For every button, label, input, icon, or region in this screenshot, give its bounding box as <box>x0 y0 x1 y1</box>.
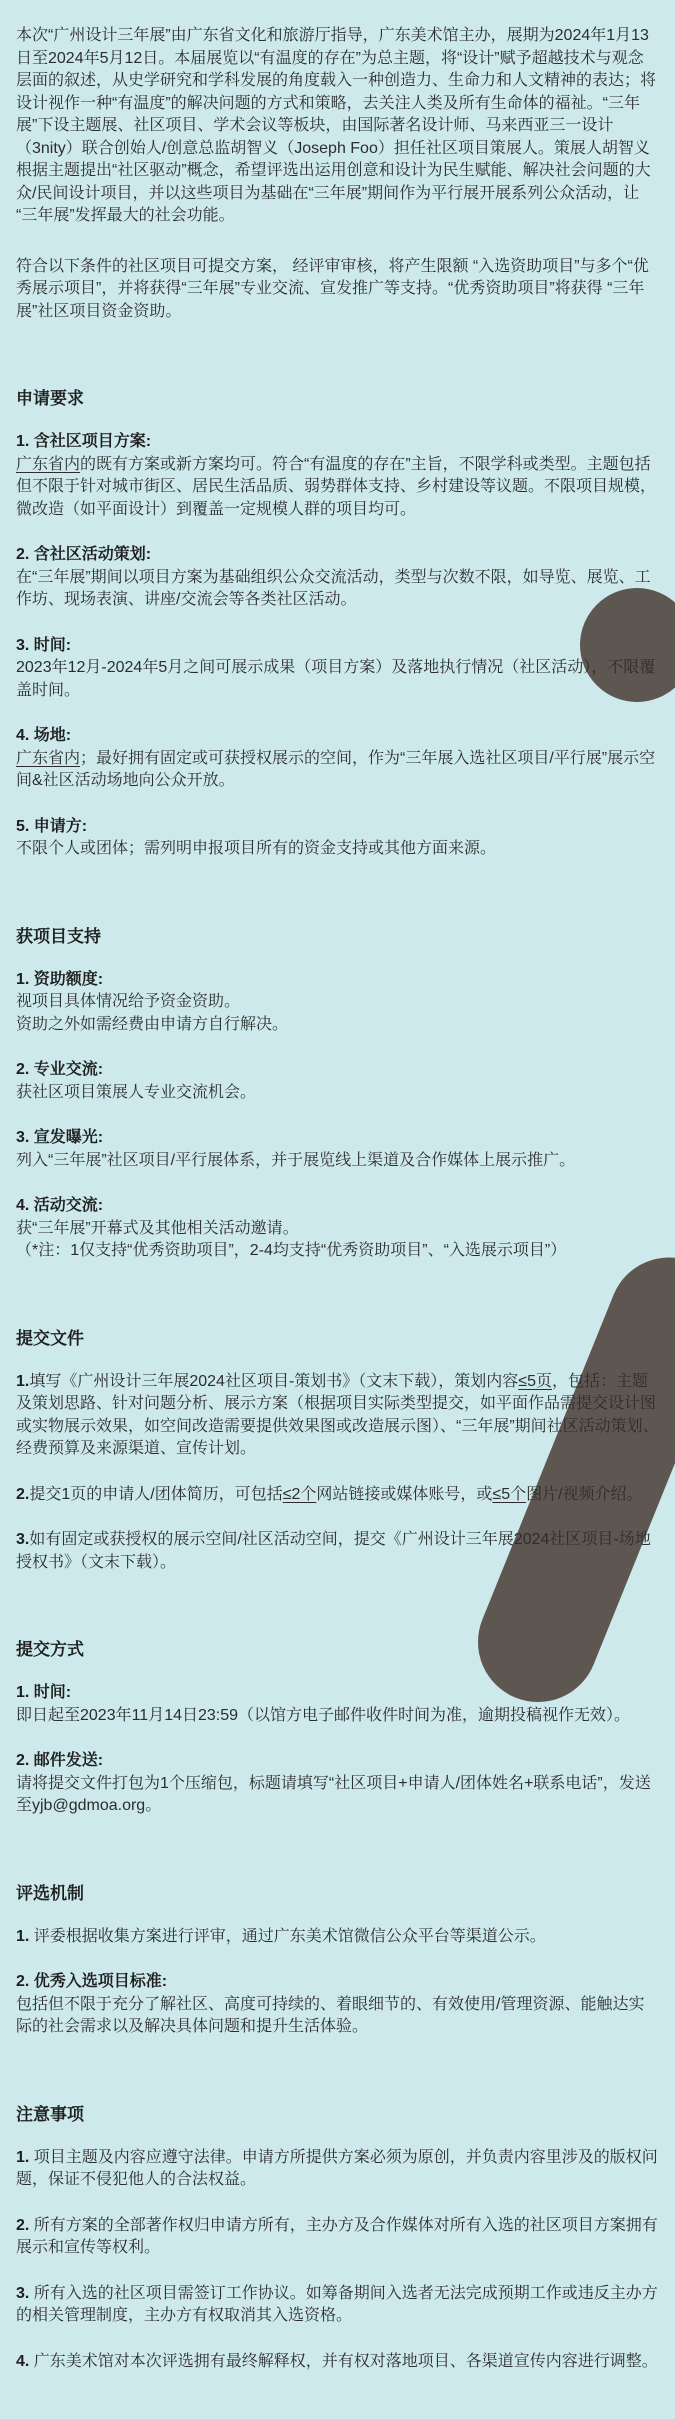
item-number-label: 1. 含社区项目方案: <box>16 431 659 454</box>
item-number-label: 2. <box>16 1486 29 1503</box>
intro-paragraph: 本次“广州设计三年展”由广东省文化和旅游厅指导，广东美术馆主办，展期为2024年… <box>16 25 659 228</box>
item-number-label: 2. 邮件发送: <box>16 1750 659 1773</box>
article-content: 本次“广州设计三年展”由广东省文化和旅游厅指导，广东美术馆主办，展期为2024年… <box>0 0 675 2373</box>
list-item: 1. 时间:即日起至2023年11月14日23:59（以馆方电子邮件收件时间为准… <box>16 1682 659 1727</box>
section-title: 注意事项 <box>16 2103 659 2127</box>
list-item: 3. 所有入选的社区项目需签订工作协议。如筹备期间入选者无法完成预期工作或违反主… <box>16 2283 659 2328</box>
section-selection-mechanism: 评选机制1. 评委根据收集方案进行评审，通过广东美术馆微信公众平台等渠道公示。2… <box>16 1882 659 2039</box>
sections-container: 申请要求1. 含社区项目方案:广东省内的既有方案或新方案均可。符合“有温度的存在… <box>16 387 659 2373</box>
list-item: 2. 含社区活动策划:在“三年展”期间以项目方案为基础组织公众交流活动，类型与次… <box>16 544 659 612</box>
section-notes: 注意事项1. 项目主题及内容应遵守法律。申请方所提供方案必须为原创，并负责内容里… <box>16 2103 659 2374</box>
item-body: 所有入选的社区项目需签订工作协议。如筹备期间入选者无法完成预期工作或违反主办方的… <box>16 2285 658 2325</box>
text-segment: 包括但不限于充分了解社区、高度可持续的、着眼细节的、有效使用/管理资源、能触达实… <box>16 1996 644 2036</box>
page: { "page": { "background": "#cde9ec", "te… <box>0 0 675 2419</box>
list-item: 1. 资助额度:视项目具体情况给予资金资助。 资助之外如需经费由申请方自行解决。 <box>16 969 659 1037</box>
text-segment: 2023年12月-2024年5月之间可展示成果（项目方案）及落地执行情况（社区活… <box>16 659 655 699</box>
section-project-support: 获项目支持1. 资助额度:视项目具体情况给予资金资助。 资助之外如需经费由申请方… <box>16 925 659 1263</box>
text-segment: 广东美术馆对本次评选拥有最终解释权，并有权对落地项目、各渠道宣传内容进行调整。 <box>29 2353 657 2370</box>
list-item: 5. 申请方:不限个人或团体；需列明申报项目所有的资金支持或其他方面来源。 <box>16 816 659 861</box>
item-number-label: 1. <box>16 1928 29 1945</box>
list-item: 4. 场地:广东省内；最好拥有固定或可获授权展示的空间，作为“三年展入选社区项目… <box>16 725 659 793</box>
list-item: 3. 宣发曝光:列入“三年展”社区项目/平行展体系，并于展览线上渠道及合作媒体上… <box>16 1127 659 1172</box>
intro-paragraph: 符合以下条件的社区项目可提交方案， 经评审审核，将产生限额 “入选资助项目”与多… <box>16 256 659 324</box>
item-body: 所有方案的全部著作权归申请方所有，主办方及合作媒体对所有入选的社区项目方案拥有展… <box>16 2217 658 2257</box>
list-item: 4. 广东美术馆对本次评选拥有最终解释权，并有权对落地项目、各渠道宣传内容进行调… <box>16 2351 659 2374</box>
text-segment: 广东省内 <box>16 456 80 473</box>
item-number-label: 1. <box>16 2149 29 2166</box>
item-body: 如有固定或获授权的展示空间/社区活动空间，提交《广州设计三年展2024社区项目-… <box>16 1531 651 1571</box>
list-item: 2.提交1页的申请人/团体简历，可包括≤2个网站链接或媒体账号，或≤5个图片/视… <box>16 1484 659 1507</box>
item-body: 请将提交文件打包为1个压缩包，标题请填写“社区项目+申请人/团体姓名+联系电话”… <box>16 1775 651 1815</box>
item-number-label: 2. 含社区活动策划: <box>16 544 659 567</box>
item-number-label: 3. <box>16 2285 29 2302</box>
text-segment: 不限个人或团体；需列明申报项目所有的资金支持或其他方面来源。 <box>16 840 496 857</box>
text-segment: ；最好拥有固定或可获授权展示的空间，作为“三年展入选社区项目/平行展”展示空间&… <box>16 750 655 790</box>
item-number-label: 2. <box>16 2217 29 2234</box>
section-title: 获项目支持 <box>16 925 659 949</box>
text-segment: 获“三年展”开幕式及其他相关活动邀请。 （*注：1仅支持“优秀资助项目”，2-4… <box>16 1220 566 1260</box>
text-segment: 的既有方案或新方案均可。符合“有温度的存在”主旨，不限学科或类型。主题包括但不限… <box>16 456 656 518</box>
item-number-label: 3. <box>16 1531 29 1548</box>
item-body: 获“三年展”开幕式及其他相关活动邀请。 （*注：1仅支持“优秀资助项目”，2-4… <box>16 1220 566 1260</box>
item-body: 填写《广州设计三年展2024社区项目-策划书》（文末下载），策划内容≤5页，包括… <box>16 1373 659 1458</box>
item-number-label: 1. 时间: <box>16 1682 659 1705</box>
list-item: 2. 专业交流:获社区项目策展人专业交流机会。 <box>16 1059 659 1104</box>
text-segment: 列入“三年展”社区项目/平行展体系，并于展览线上渠道及合作媒体上展示推广。 <box>16 1152 575 1169</box>
text-segment: 如有固定或获授权的展示空间/社区活动空间，提交《广州设计三年展2024社区项目-… <box>16 1531 651 1571</box>
text-segment: 获社区项目策展人专业交流机会。 <box>16 1084 256 1101</box>
item-number-label: 5. 申请方: <box>16 816 659 839</box>
section-submission-method: 提交方式1. 时间:即日起至2023年11月14日23:59（以馆方电子邮件收件… <box>16 1638 659 1818</box>
item-number-label: 2. 专业交流: <box>16 1059 659 1082</box>
section-title: 提交方式 <box>16 1638 659 1662</box>
text-segment: 所有入选的社区项目需签订工作协议。如筹备期间入选者无法完成预期工作或违反主办方的… <box>16 2285 658 2325</box>
item-body: 在“三年展”期间以项目方案为基础组织公众交流活动，类型与次数不限，如导览、展览、… <box>16 569 651 609</box>
list-item: 2. 优秀入选项目标准:包括但不限于充分了解社区、高度可持续的、着眼细节的、有效… <box>16 1971 659 2039</box>
item-body: 获社区项目策展人专业交流机会。 <box>16 1084 256 1101</box>
text-segment: ≤5个 <box>492 1486 526 1503</box>
text-segment: 提交1页的申请人/团体简历，可包括 <box>29 1486 282 1503</box>
list-item: 3. 时间:2023年12月-2024年5月之间可展示成果（项目方案）及落地执行… <box>16 635 659 703</box>
item-body: 提交1页的申请人/团体简历，可包括≤2个网站链接或媒体账号，或≤5个图片/视频介… <box>29 1486 642 1503</box>
item-body: 不限个人或团体；需列明申报项目所有的资金支持或其他方面来源。 <box>16 840 496 857</box>
text-segment: 视项目具体情况给予资金资助。 资助之外如需经费由申请方自行解决。 <box>16 993 288 1033</box>
section-submission-documents: 提交文件1.填写《广州设计三年展2024社区项目-策划书》（文末下载），策划内容… <box>16 1327 659 1575</box>
list-item: 4. 活动交流:获“三年展”开幕式及其他相关活动邀请。 （*注：1仅支持“优秀资… <box>16 1195 659 1263</box>
item-number-label: 3. 宣发曝光: <box>16 1127 659 1150</box>
list-item: 2. 所有方案的全部著作权归申请方所有，主办方及合作媒体对所有入选的社区项目方案… <box>16 2215 659 2260</box>
list-item: 1. 评委根据收集方案进行评审，通过广东美术馆微信公众平台等渠道公示。 <box>16 1926 659 1949</box>
item-body: 广东美术馆对本次评选拥有最终解释权，并有权对落地项目、各渠道宣传内容进行调整。 <box>29 2353 657 2370</box>
text-segment: 评委根据收集方案进行评审，通过广东美术馆微信公众平台等渠道公示。 <box>29 1928 545 1945</box>
item-body: 列入“三年展”社区项目/平行展体系，并于展览线上渠道及合作媒体上展示推广。 <box>16 1152 575 1169</box>
text-segment: ≤2个 <box>283 1486 317 1503</box>
text-segment: 网站链接或媒体账号，或 <box>316 1486 492 1503</box>
text-segment: 请将提交文件打包为1个压缩包，标题请填写“社区项目+申请人/团体姓名+联系电话”… <box>16 1775 651 1815</box>
list-item: 2. 邮件发送:请将提交文件打包为1个压缩包，标题请填写“社区项目+申请人/团体… <box>16 1750 659 1818</box>
text-segment: 填写《广州设计三年展2024社区项目-策划书》（文末下载），策划内容 <box>29 1373 518 1390</box>
section-title: 提交文件 <box>16 1327 659 1351</box>
item-body: 即日起至2023年11月14日23:59（以馆方电子邮件收件时间为准，逾期投稿视… <box>16 1707 630 1724</box>
section-title: 评选机制 <box>16 1882 659 1906</box>
item-body: 视项目具体情况给予资金资助。 资助之外如需经费由申请方自行解决。 <box>16 993 288 1033</box>
text-segment: 图片/视频介绍。 <box>526 1486 642 1503</box>
text-segment: 广东省内 <box>16 750 80 767</box>
item-body: 广东省内；最好拥有固定或可获授权展示的空间，作为“三年展入选社区项目/平行展”展… <box>16 750 655 790</box>
item-body: 项目主题及内容应遵守法律。申请方所提供方案必须为原创，并负责内容里涉及的版权问题… <box>16 2149 658 2189</box>
text-segment: 项目主题及内容应遵守法律。申请方所提供方案必须为原创，并负责内容里涉及的版权问题… <box>16 2149 658 2189</box>
item-number-label: 4. <box>16 2353 29 2370</box>
text-segment: 即日起至2023年11月14日23:59（以馆方电子邮件收件时间为准，逾期投稿视… <box>16 1707 630 1724</box>
item-number-label: 4. 场地: <box>16 725 659 748</box>
list-item: 1. 含社区项目方案:广东省内的既有方案或新方案均可。符合“有温度的存在”主旨，… <box>16 431 659 521</box>
item-number-label: 1. <box>16 1373 29 1390</box>
item-number-label: 1. 资助额度: <box>16 969 659 992</box>
item-number-label: 4. 活动交流: <box>16 1195 659 1218</box>
text-segment: 所有方案的全部著作权归申请方所有，主办方及合作媒体对所有入选的社区项目方案拥有展… <box>16 2217 658 2257</box>
item-body: 广东省内的既有方案或新方案均可。符合“有温度的存在”主旨，不限学科或类型。主题包… <box>16 456 656 518</box>
item-body: 评委根据收集方案进行评审，通过广东美术馆微信公众平台等渠道公示。 <box>29 1928 545 1945</box>
item-body: 2023年12月-2024年5月之间可展示成果（项目方案）及落地执行情况（社区活… <box>16 659 655 699</box>
item-body: 包括但不限于充分了解社区、高度可持续的、着眼细节的、有效使用/管理资源、能触达实… <box>16 1996 644 2036</box>
text-segment: 在“三年展”期间以项目方案为基础组织公众交流活动，类型与次数不限，如导览、展览、… <box>16 569 651 609</box>
list-item: 3.如有固定或获授权的展示空间/社区活动空间，提交《广州设计三年展2024社区项… <box>16 1529 659 1574</box>
item-number-label: 2. 优秀入选项目标准: <box>16 1971 659 1994</box>
text-segment: ≤5页 <box>518 1373 552 1390</box>
section-apply-requirements: 申请要求1. 含社区项目方案:广东省内的既有方案或新方案均可。符合“有温度的存在… <box>16 387 659 861</box>
list-item: 1. 项目主题及内容应遵守法律。申请方所提供方案必须为原创，并负责内容里涉及的版… <box>16 2147 659 2192</box>
section-title: 申请要求 <box>16 387 659 411</box>
item-number-label: 3. 时间: <box>16 635 659 658</box>
list-item: 1.填写《广州设计三年展2024社区项目-策划书》（文末下载），策划内容≤5页，… <box>16 1371 659 1461</box>
